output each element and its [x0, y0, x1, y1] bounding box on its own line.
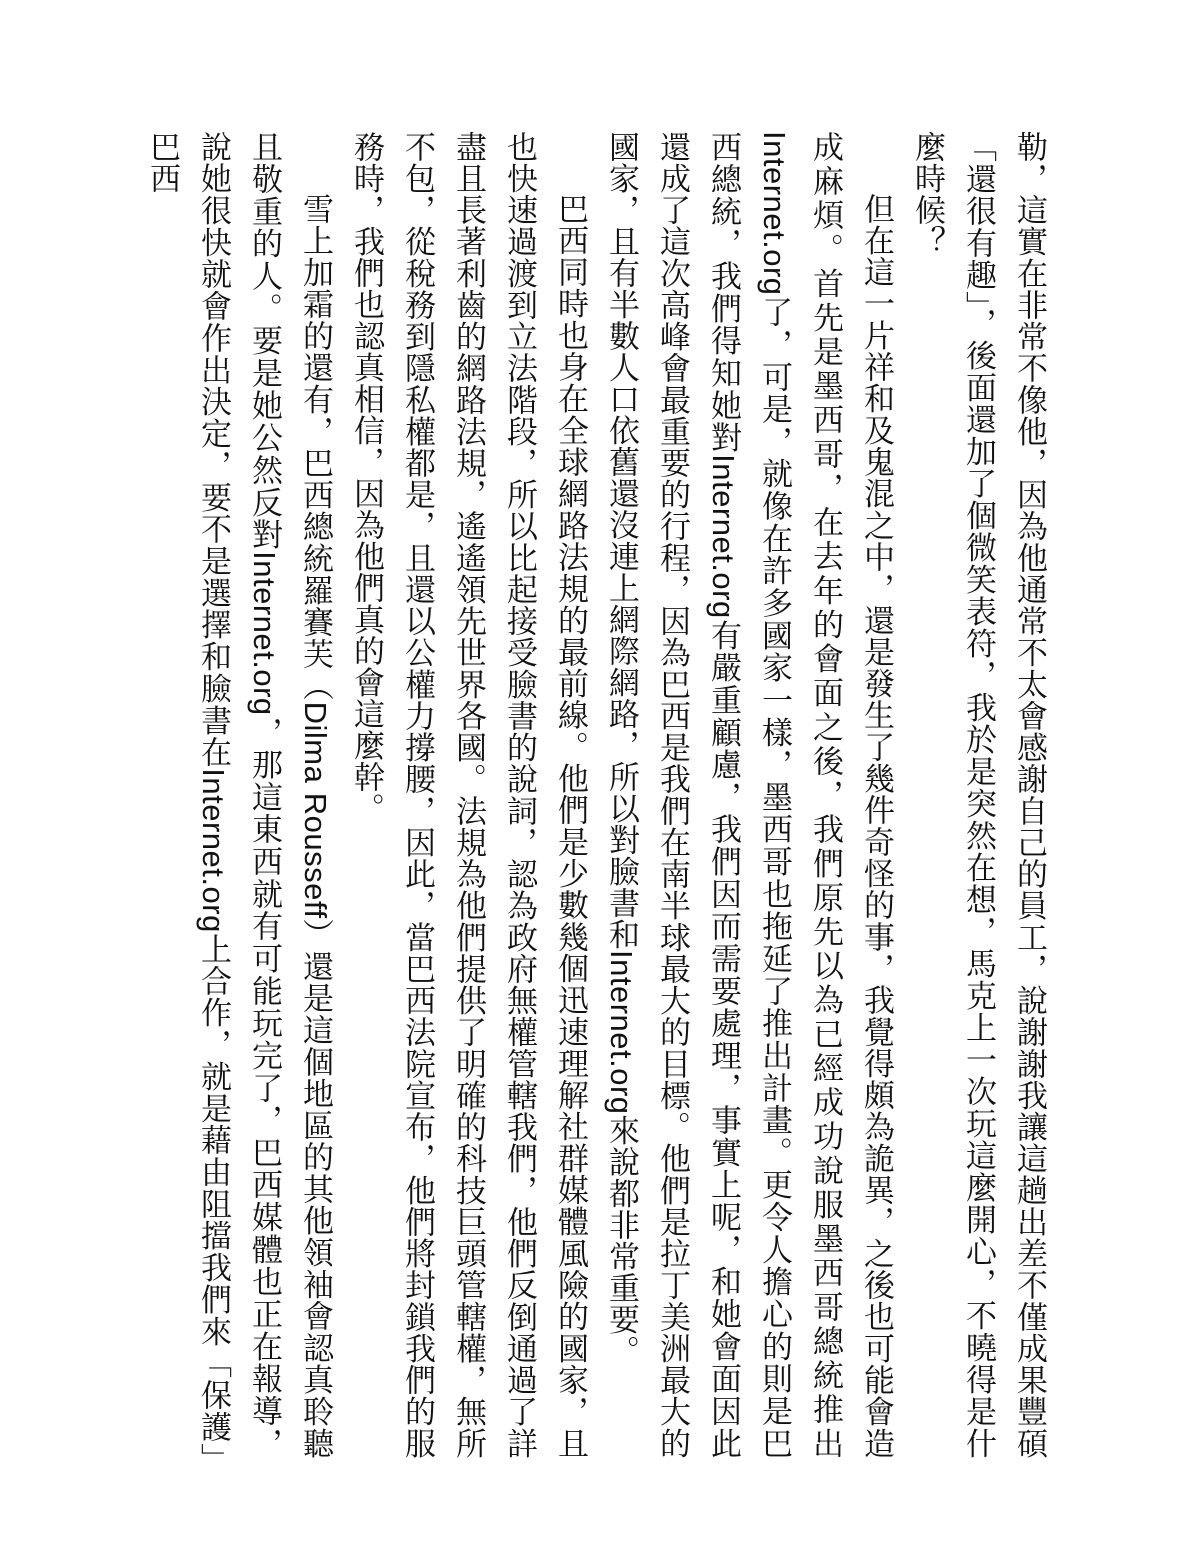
book-page: 勒，這實在非常不像他，因為他通常不太會感謝自己的員工，說謝謝我讓這趟出差不僅成果…: [0, 0, 1200, 1552]
vertical-text-block: 勒，這實在非常不像他，因為他通常不太會感謝自己的員工，說謝謝我讓這趟出差不僅成果…: [137, 131, 1055, 1459]
paragraph: 雪上加霜的還有，巴西總統羅賽芙（Dilma Rousseff）還是這個地區的其他…: [137, 131, 341, 1459]
paragraph-continuation: 勒，這實在非常不像他，因為他通常不太會感謝自己的員工，說謝謝我讓這趟出差不僅成果…: [902, 131, 1055, 1459]
paragraph: 巴西同時也身在全球網路法規的最前線。他們是少數幾個迅速理解社群媒體風險的國家，且…: [341, 131, 596, 1459]
paragraph: 但在這一片祥和及鬼混之中，還是發生了幾件奇怪的事，我覺得頗為詭異，之後也可能會造…: [596, 131, 902, 1459]
